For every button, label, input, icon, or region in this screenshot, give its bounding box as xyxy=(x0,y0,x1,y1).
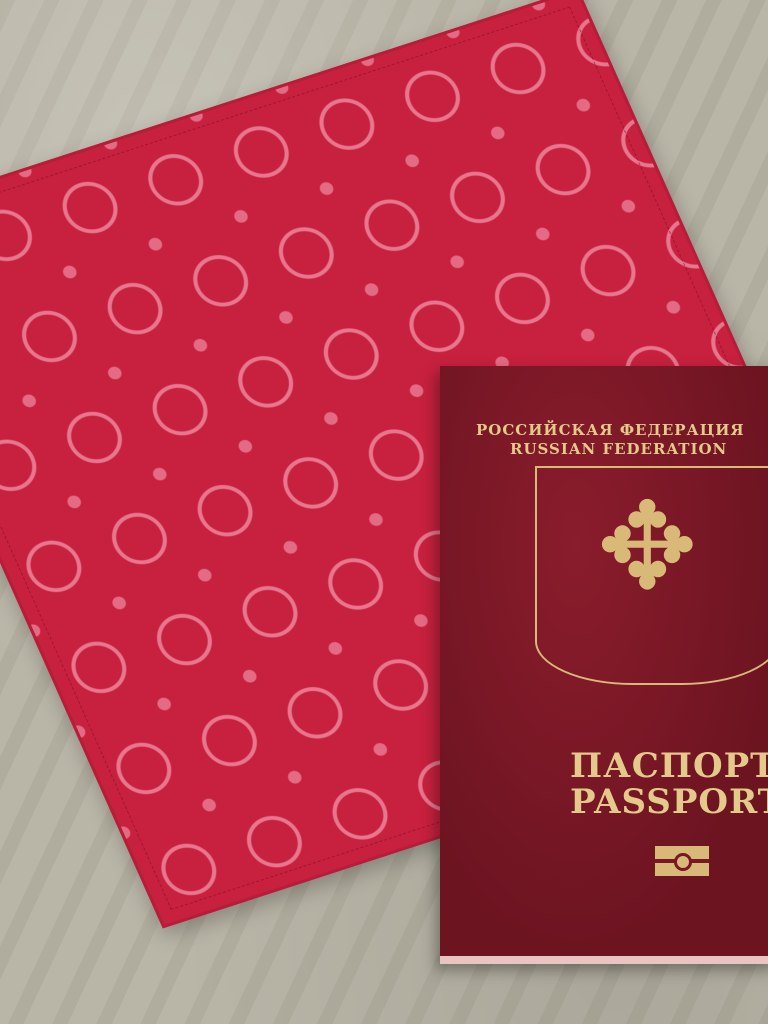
biometric-chip-icon xyxy=(655,846,709,876)
passport-title-en: PASSPORT xyxy=(570,782,768,822)
passport-title-ru: ПАСПОРТ xyxy=(570,746,768,786)
russian-passport: РОССИЙСКАЯ ФЕДЕРАЦИЯ RUSSIAN FEDERATION … xyxy=(440,366,768,964)
passport-header-ru: РОССИЙСКАЯ ФЕДЕРАЦИЯ xyxy=(476,421,745,439)
coat-of-arms-frame: ✥ xyxy=(535,466,768,685)
passport-header-en: RUSSIAN FEDERATION xyxy=(510,440,727,458)
double-headed-eagle-icon: ✥ xyxy=(597,488,698,608)
